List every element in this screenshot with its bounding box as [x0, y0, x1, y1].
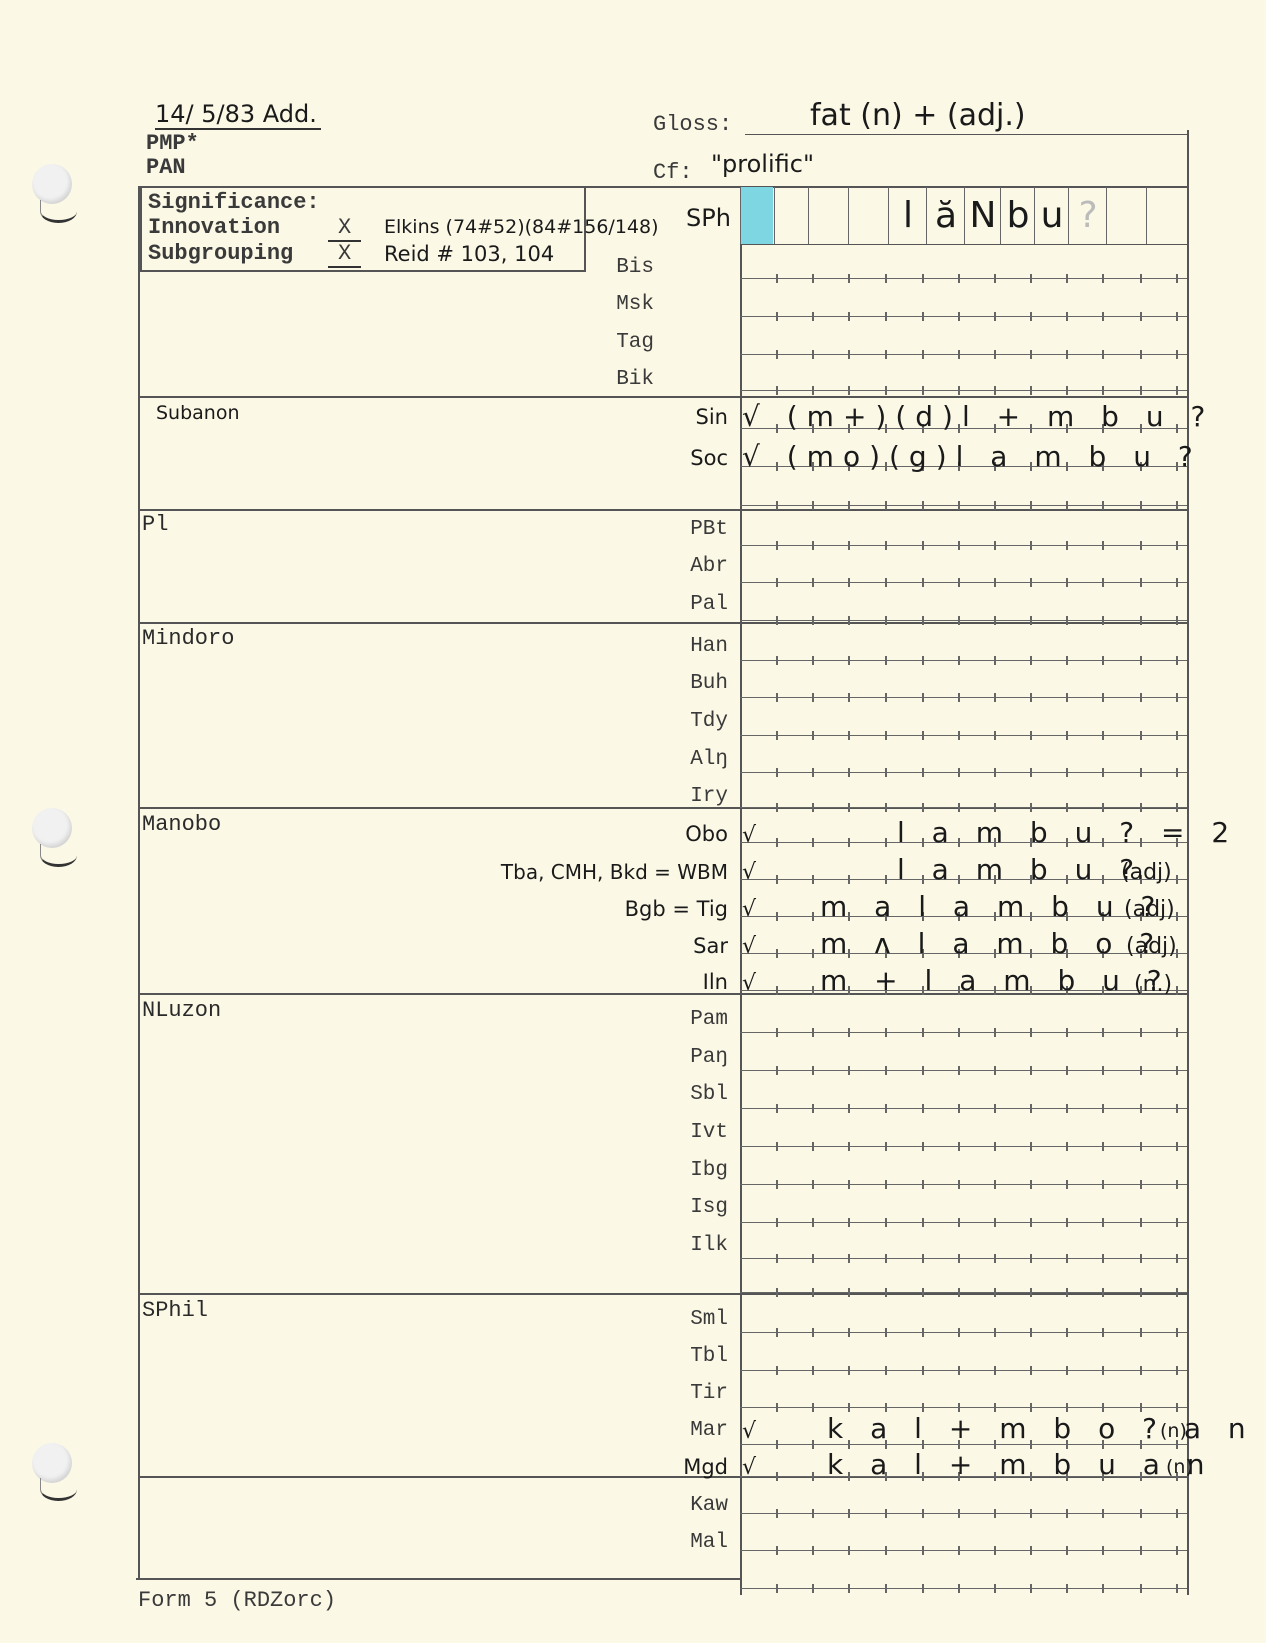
ruled-tick [812, 1366, 814, 1375]
ruled-tick [958, 1584, 960, 1593]
ruled-tick [848, 1546, 850, 1555]
lang-alng: Alŋ [690, 748, 728, 771]
ruled-tick [1176, 912, 1178, 921]
ruled-tick [1140, 803, 1142, 812]
ruled-tick [848, 1104, 850, 1113]
ruled-tick [885, 1403, 887, 1412]
sph-cell [740, 187, 775, 244]
ruled-tick [812, 768, 814, 777]
ruled-tick [1066, 656, 1068, 665]
ruled-tick [1030, 1142, 1032, 1151]
lang-ivt: Ivt [690, 1121, 728, 1144]
ruled-tick [848, 501, 850, 510]
ruled-tick [1140, 768, 1142, 777]
ruled-tick [848, 541, 850, 550]
ruled-tick [922, 1366, 924, 1375]
ruled-tick [1102, 731, 1104, 740]
ruled-tick [812, 541, 814, 550]
ruled-tick [1140, 1366, 1142, 1375]
ruled-tick [1140, 541, 1142, 550]
ruled-line [740, 582, 1187, 583]
ruled-tick [1176, 1104, 1178, 1113]
ruled-tick [1176, 578, 1178, 587]
ruled-tick [776, 274, 778, 283]
ruled-tick [776, 1509, 778, 1518]
ruled-tick [922, 312, 924, 321]
lang-iry: Iry [690, 785, 728, 808]
ruled-tick [1140, 1403, 1142, 1412]
ruled-tick [812, 1104, 814, 1113]
ruled-tick [812, 875, 814, 884]
ruled-tick [885, 875, 887, 884]
ruled-tick [776, 386, 778, 395]
ruled-tick [848, 656, 850, 665]
ruled-tick [776, 1218, 778, 1227]
ruled-tick [922, 1142, 924, 1151]
ruled-tick [1066, 274, 1068, 283]
ruled-tick [885, 578, 887, 587]
entry-mar: √ k a l + m b o ? a n [742, 1412, 765, 1445]
ruled-tick [958, 803, 960, 812]
ruled-tick [812, 1254, 814, 1263]
ruled-tick [776, 1546, 778, 1555]
lang-sbl: Sbl [690, 1083, 728, 1106]
ruled-tick [1140, 1584, 1142, 1593]
ruled-tick [1140, 350, 1142, 359]
ruled-tick [1030, 616, 1032, 625]
ruled-tick [1102, 386, 1104, 395]
ruled-tick [1066, 1218, 1068, 1227]
lang-pal: Pal [690, 593, 728, 616]
ruled-line [740, 1108, 1187, 1109]
ruled-tick [1030, 1509, 1032, 1518]
ruled-tick [812, 350, 814, 359]
ruled-tick [1140, 1509, 1142, 1518]
ruled-tick [1102, 1218, 1104, 1227]
ruled-tick [1030, 768, 1032, 777]
ruled-tick [1176, 1584, 1178, 1593]
ruled-tick [994, 1509, 996, 1518]
lang-tig: Bgb = Tig [625, 897, 728, 921]
ruled-tick [812, 274, 814, 283]
ruled-tick [1140, 1066, 1142, 1075]
ruled-line [740, 1184, 1187, 1185]
ruled-tick [922, 731, 924, 740]
ruled-line [740, 1222, 1187, 1223]
ruled-tick [885, 1218, 887, 1227]
ruled-tick [776, 1440, 778, 1449]
lang-mal: Mal [690, 1531, 728, 1554]
ruled-tick [776, 350, 778, 359]
ruled-tick [1066, 616, 1068, 625]
entry-form: l a m b u ? = 2 [897, 816, 1238, 849]
lang-bik: Bik [616, 368, 654, 391]
ruled-tick [848, 386, 850, 395]
group-name-sphil: SPhil [142, 1298, 208, 1323]
lang-bis: Bis [616, 256, 654, 279]
ruled-tick [812, 1403, 814, 1412]
ruled-tick [848, 616, 850, 625]
entry-wbm-note: (adj) [1121, 860, 1172, 885]
ruled-tick [922, 693, 924, 702]
ruled-tick [1030, 274, 1032, 283]
ruled-tick [776, 1028, 778, 1037]
ruled-tick [776, 1403, 778, 1412]
group-name-nluzon: NLuzon [142, 998, 221, 1023]
form-right-border [1187, 130, 1189, 1595]
group-name-subanon: Subanon [156, 402, 240, 424]
ruled-line [740, 505, 1187, 506]
ruled-tick [958, 731, 960, 740]
ruled-line [740, 1070, 1187, 1071]
ruled-tick [958, 1546, 960, 1555]
ruled-tick [1030, 541, 1032, 550]
ruled-tick [994, 693, 996, 702]
entry-sin: √ (m+)(d)l + m b u ? [742, 400, 1214, 433]
ruled-tick [1176, 1066, 1178, 1075]
ruled-tick [776, 838, 778, 847]
ruled-tick [994, 768, 996, 777]
ruled-tick [1066, 1584, 1068, 1593]
ruled-tick [922, 501, 924, 510]
ruled-tick [1176, 1254, 1178, 1263]
entry-wbm: √ l a m b u ? [742, 853, 765, 886]
ruled-tick [812, 731, 814, 740]
lang-soc: Soc [690, 446, 728, 470]
ruled-tick [922, 350, 924, 359]
ruled-tick [812, 386, 814, 395]
ruled-tick [885, 1366, 887, 1375]
ruled-tick [1140, 731, 1142, 740]
ruled-tick [1140, 1254, 1142, 1263]
ruled-tick [1102, 1328, 1104, 1337]
ruled-tick [1140, 1142, 1142, 1151]
ruled-tick [1066, 1328, 1068, 1337]
ruled-tick [848, 693, 850, 702]
ruled-line [740, 1258, 1187, 1259]
subgrouping-ref: Reid # 103, 104 [384, 242, 554, 266]
ruled-tick [776, 693, 778, 702]
ruled-tick [1066, 501, 1068, 510]
ruled-tick [776, 578, 778, 587]
ruled-tick [812, 1288, 814, 1297]
ruled-tick [1066, 803, 1068, 812]
ruled-tick [1102, 1366, 1104, 1375]
subgrouping-label: Subgrouping [148, 241, 293, 266]
ruled-tick [885, 1546, 887, 1555]
ruled-tick [1176, 350, 1178, 359]
ruled-line [740, 1513, 1187, 1514]
entry-mar-note: (n) [1160, 1420, 1187, 1442]
punch-hole-shadow [40, 1478, 77, 1501]
ruled-tick [812, 616, 814, 625]
ruled-tick [958, 768, 960, 777]
ruled-tick [885, 1066, 887, 1075]
ruled-tick [922, 386, 924, 395]
ruled-tick [812, 986, 814, 995]
ruled-tick [1176, 541, 1178, 550]
form-bottom-border [136, 1578, 740, 1580]
ruled-tick [1102, 656, 1104, 665]
ruled-tick [885, 350, 887, 359]
ruled-tick [1030, 1288, 1032, 1297]
ruled-tick [885, 274, 887, 283]
lang-ibg: Ibg [690, 1159, 728, 1182]
ruled-tick [1176, 312, 1178, 321]
ruled-tick [1066, 541, 1068, 550]
ruled-tick [1102, 1028, 1104, 1037]
ruled-tick [848, 1218, 850, 1227]
ruled-tick [958, 350, 960, 359]
ruled-tick [885, 1142, 887, 1151]
ruled-tick [1102, 1584, 1104, 1593]
ruled-tick [1102, 1180, 1104, 1189]
ruled-tick [812, 578, 814, 587]
ruled-tick [1102, 312, 1104, 321]
ruled-tick [1140, 1028, 1142, 1037]
ruled-tick [885, 1104, 887, 1113]
check-mark: √ [742, 1419, 765, 1444]
ruled-tick [922, 1403, 924, 1412]
ruled-tick [848, 1028, 850, 1037]
ruled-tick [812, 1066, 814, 1075]
ruled-tick [922, 803, 924, 812]
entry-tig: √ m a l a m b u ? [742, 890, 765, 923]
ruled-tick [885, 1254, 887, 1263]
punch-hole [32, 808, 72, 848]
ruled-tick [1102, 1104, 1104, 1113]
ruled-tick [1102, 350, 1104, 359]
sph-cell [808, 187, 849, 244]
ruled-line [740, 1146, 1187, 1147]
innovation-label: Innovation [148, 215, 280, 240]
ruled-tick [1030, 1254, 1032, 1263]
ruled-tick [994, 1366, 996, 1375]
ruled-tick [776, 1254, 778, 1263]
check-mark: √ [742, 400, 769, 433]
ruled-tick [885, 1509, 887, 1518]
entry-form: (mo)(g)l a m b u ? [787, 440, 1202, 473]
sph-cell [848, 187, 889, 244]
ruled-tick [812, 1328, 814, 1337]
ruled-tick [885, 616, 887, 625]
ruled-tick [776, 1366, 778, 1375]
ruled-tick [848, 768, 850, 777]
ruled-tick [848, 1403, 850, 1412]
innovation-mark: X [328, 215, 361, 242]
ruled-tick [1030, 1366, 1032, 1375]
ruled-tick [848, 1366, 850, 1375]
entry-mgd: √ k a l + m b u a n [742, 1448, 765, 1481]
ruled-tick [958, 616, 960, 625]
ruled-tick [1176, 1180, 1178, 1189]
ruled-tick [958, 1509, 960, 1518]
ruled-tick [958, 1254, 960, 1263]
ruled-tick [1066, 1366, 1068, 1375]
ruled-tick [1176, 731, 1178, 740]
ruled-tick [958, 1142, 960, 1151]
ruled-tick [1066, 1104, 1068, 1113]
ruled-tick [812, 803, 814, 812]
ruled-tick [776, 1584, 778, 1593]
ruled-tick [958, 578, 960, 587]
ruled-line [740, 697, 1187, 698]
ruled-tick [1140, 312, 1142, 321]
ruled-tick [1102, 1403, 1104, 1412]
ruled-tick [994, 656, 996, 665]
ruled-line [740, 772, 1187, 773]
sph-label: SPh [686, 204, 731, 232]
ruled-tick [776, 731, 778, 740]
ruled-tick [1176, 616, 1178, 625]
ruled-tick [922, 1028, 924, 1037]
sph-letter: u [1035, 195, 1069, 236]
ruled-tick [1140, 1104, 1142, 1113]
ruled-tick [812, 693, 814, 702]
ruled-tick [1066, 350, 1068, 359]
ruled-tick [1102, 1254, 1104, 1263]
ruled-tick [1140, 501, 1142, 510]
form-footer: Form 5 (RDZorc) [138, 1588, 336, 1613]
ruled-tick [1176, 1403, 1178, 1412]
ruled-tick [994, 541, 996, 550]
ruled-tick [848, 731, 850, 740]
ruled-tick [812, 1028, 814, 1037]
ruled-tick [994, 1028, 996, 1037]
ruled-tick [848, 803, 850, 812]
ruled-tick [994, 501, 996, 510]
ruled-tick [994, 1288, 996, 1297]
ruled-tick [1140, 1180, 1142, 1189]
ruled-tick [994, 274, 996, 283]
pmp-label: PMP* [146, 131, 199, 156]
ruled-line [740, 1292, 1187, 1293]
lang-abr: Abr [690, 555, 728, 578]
ruled-tick [958, 1218, 960, 1227]
ruled-tick [848, 274, 850, 283]
entry-obo: √ l a m b u ? = 2 [742, 816, 765, 849]
ruled-tick [1176, 768, 1178, 777]
ruled-tick [1030, 501, 1032, 510]
check-mark: √ [742, 823, 765, 848]
ruled-tick [994, 1546, 996, 1555]
ruled-tick [958, 1328, 960, 1337]
ruled-tick [812, 949, 814, 958]
lang-obo: Obo [685, 822, 728, 846]
ruled-tick [1176, 1366, 1178, 1375]
lang-wbm: Tba, CMH, Bkd = WBM [501, 860, 728, 884]
ruled-tick [922, 656, 924, 665]
sph-cell: b [1000, 187, 1035, 244]
pan-label: PAN [146, 155, 186, 180]
ruled-line [740, 620, 1187, 621]
ruled-tick [1140, 1546, 1142, 1555]
ruled-tick [958, 1104, 960, 1113]
ruled-tick [1176, 386, 1178, 395]
ruled-tick [1140, 1328, 1142, 1337]
ruled-line [740, 735, 1187, 736]
ruled-tick [1176, 274, 1178, 283]
ruled-tick [922, 1328, 924, 1337]
sph-cell [1146, 187, 1188, 244]
punch-hole [32, 164, 72, 204]
ruled-tick [1030, 386, 1032, 395]
ruled-tick [1030, 1028, 1032, 1037]
ruled-tick [1066, 1028, 1068, 1037]
check-mark: √ [742, 440, 769, 473]
check-mark: √ [742, 860, 765, 885]
ruled-line [740, 1332, 1187, 1333]
sph-cell [774, 187, 809, 244]
ruled-tick [812, 656, 814, 665]
sph-bottom-line [740, 244, 1187, 245]
ruled-tick [776, 1472, 778, 1481]
ruled-tick [848, 1066, 850, 1075]
ruled-tick [776, 803, 778, 812]
ruled-tick [922, 1584, 924, 1593]
ruled-tick [848, 1328, 850, 1337]
ruled-tick [922, 1288, 924, 1297]
lang-tdy: Tdy [690, 710, 728, 733]
ruled-tick [1176, 1288, 1178, 1297]
ruled-tick [848, 1254, 850, 1263]
lang-mgd: Mgd [683, 1455, 728, 1479]
ruled-tick [812, 1180, 814, 1189]
ruled-tick [922, 1546, 924, 1555]
ruled-tick [1140, 1288, 1142, 1297]
ruled-line [740, 1407, 1187, 1408]
lang-tir: Tir [690, 1382, 728, 1405]
ruled-tick [885, 838, 887, 847]
ruled-tick [1140, 656, 1142, 665]
ruled-tick [812, 1546, 814, 1555]
ruled-tick [812, 1509, 814, 1518]
ruled-tick [1176, 1328, 1178, 1337]
sph-letter: b [1001, 195, 1035, 236]
lang-msk: Msk [616, 293, 654, 316]
lang-mar: Mar [690, 1419, 728, 1442]
ruled-tick [1066, 1142, 1068, 1151]
check-mark: √ [742, 971, 765, 996]
check-mark: √ [742, 1455, 765, 1480]
entry-iln: √ m + l a m b u ? [742, 964, 765, 997]
ruled-tick [776, 1180, 778, 1189]
ruled-tick [994, 1142, 996, 1151]
ruled-tick [848, 1584, 850, 1593]
ruled-tick [885, 541, 887, 550]
ruled-tick [1030, 1584, 1032, 1593]
ruled-tick [812, 501, 814, 510]
ruled-tick [922, 616, 924, 625]
cf-value: "prolific" [711, 150, 814, 178]
ruled-tick [922, 578, 924, 587]
ruled-tick [776, 986, 778, 995]
ruled-tick [1176, 1509, 1178, 1518]
cf-label: Cf: [653, 160, 693, 185]
lang-pang: Paŋ [690, 1046, 728, 1069]
ruled-tick [776, 501, 778, 510]
ruled-tick [812, 1440, 814, 1449]
lang-sar: Sar [693, 934, 728, 958]
ruled-tick [1102, 768, 1104, 777]
lang-pbt: PBt [690, 518, 728, 541]
ruled-tick [812, 1218, 814, 1227]
ruled-line [740, 1032, 1187, 1033]
ruled-tick [885, 768, 887, 777]
ruled-tick [1030, 1180, 1032, 1189]
ruled-line [740, 807, 1187, 808]
ruled-tick [776, 768, 778, 777]
